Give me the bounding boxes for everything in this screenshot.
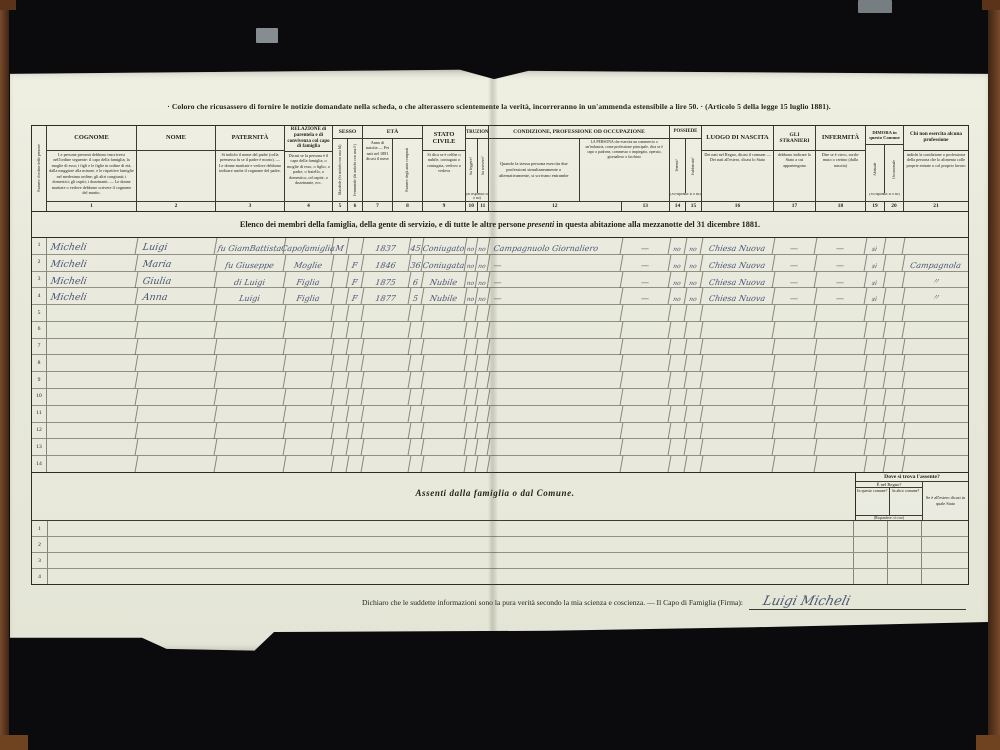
cell-row-number: 3 [32,272,47,288]
cell-nome [136,372,218,388]
cell-infermita: — [815,255,868,271]
sesso-femminile: Femminile (Si indichi con una F) 6 [348,139,362,211]
cell-infermita [815,423,868,439]
assente-questo-comune: In questo comune? [856,488,890,515]
cell-infermita [815,372,868,388]
cell-cognome: Micheli [46,255,139,271]
cell-la-persona [621,372,672,388]
cell-row-number: 1 [32,521,48,536]
cell-stato-civile [422,339,468,355]
cell-la-persona [621,389,672,405]
cell-cognome [46,439,139,455]
cell-la-persona [621,456,672,472]
cell-stranieri [773,339,818,355]
assenti-row: 3 [32,553,968,569]
cell-luogo-nascita [701,355,776,371]
assenti-row-blank [48,553,853,568]
col-number: 13 [622,202,669,211]
cell-chi-non-esercita [903,339,970,355]
cognome-note: Le persone presenti debbono inscriversi … [47,151,136,201]
cell-anno-nascita [362,339,412,355]
cell-anno-nascita: 1875 [362,272,412,288]
col-group-possiede: POSSIEDE Terreni? Fabbricati? (Si rispon… [670,126,702,211]
cell-relazione: Capofamiglia [284,238,335,254]
cell-la-persona [621,355,672,371]
assenti-cell-questo [853,521,887,536]
declaration-text: Dichiaro che le suddette informazioni so… [362,598,743,607]
cell-condizione [488,372,624,388]
cell-condizione [488,339,624,355]
cell-anno-nascita [362,423,412,439]
cell-stranieri [773,305,818,321]
cell-condizione [488,406,624,422]
col-number: 2 [137,201,215,211]
cell-nome [136,439,218,455]
cell-row-number: 8 [32,355,47,371]
sesso-f-note: (Si indichi con una F) [353,144,357,178]
numero-vertical-label: Numero d'ordine delle persone [37,126,41,211]
cell-stranieri: — [773,238,818,254]
cell-row-number: 1 [32,238,47,254]
assenti-row: 4 [32,569,968,584]
sesso-m-label: Maschile [338,181,342,195]
cell-relazione [284,423,335,439]
cell-relazione [284,372,335,388]
cell-condizione: Campagnuolo Giornaliero [488,238,624,254]
nome-title: NOME [137,126,215,151]
cell-paternita [215,355,287,371]
condizione-la-persona: LA PERSONA che esercita un commercio o u… [580,139,670,201]
cell-paternita: fu Giuseppe [215,255,287,271]
col-group-dimora: DIMORA in questo Comune Abituale Occasio… [866,126,904,211]
assenti-row-blank [48,521,853,536]
sesso-m-note: (Si indichi con una M) [338,145,342,180]
cell-luogo-nascita: Chiesa Nuova [701,288,776,304]
cell-anno-nascita [362,406,412,422]
cell-row-number: 9 [32,372,47,388]
cell-la-persona: — [621,255,672,271]
cell-anno-nascita: 1846 [362,255,412,271]
assenti-cell-altro [887,521,921,536]
cell-nome [136,423,218,439]
cell-anno-nascita [362,456,412,472]
cell-relazione [284,305,335,321]
signature-line: Luigi Micheli [749,595,966,610]
cell-paternita [215,456,287,472]
cell-relazione [284,389,335,405]
assenti-cell-estero [921,569,968,584]
col-number: 8 [393,201,422,211]
relazione-note: Dicasi se la persona è il capo della fam… [285,152,332,201]
cell-row-number: 4 [32,288,47,304]
cell-chi-non-esercita: 〃 [903,272,970,288]
scanner-frame-left [0,0,9,750]
infermita-note: Dire se è cieco, sordo-muto o cretino (d… [816,151,865,201]
sa-leggere-label: Sa leggere? [469,139,473,193]
cell-chi-non-esercita [903,238,970,254]
cell-condizione [488,389,624,405]
cell-paternita [215,439,287,455]
col-number: 9 [423,201,465,211]
eta-anni-label: Numero degli anni compiuti [405,139,409,201]
frame-corner [982,0,1000,10]
cell-infermita [815,456,868,472]
col-number: 5 [333,201,347,211]
table-row: 11 [32,406,968,423]
cell-cognome [46,339,139,355]
head-of-family-signature: Luigi Micheli [747,595,851,609]
col-number: 14 [670,202,686,211]
cell-paternita [215,322,287,338]
table-row: 13 [32,439,968,456]
cell-cognome [46,355,139,371]
cell-relazione: Figlia [284,272,335,288]
cell-luogo-nascita [701,372,776,388]
cell-relazione [284,322,335,338]
condizione-c12-note: Quando la stessa persona esercita due pr… [489,139,579,201]
cell-row-number: 5 [32,305,47,321]
col-number: 12 [489,202,622,211]
cell-row-number: 13 [32,439,47,455]
cell-la-persona [621,439,672,455]
cell-condizione [488,355,624,371]
cell-row-number: 2 [32,255,47,271]
cell-stato-civile: Nubile [422,288,468,304]
col-group-condizione: CONDIZIONE, PROFESSIONE OD OCCUPAZIONE Q… [489,126,670,211]
col-luogo-nascita: LUOGO DI NASCITA Dei nati nel Regno, dic… [702,126,774,211]
cell-infermita [815,389,868,405]
elenco-post: in questa abitazione alla mezzanotte del… [556,220,760,229]
sesso-f-label: Femminile [353,179,357,196]
table-row: 2 Micheli Maria fu Giuseppe Moglie F 184… [32,255,968,272]
cell-chi-non-esercita [903,423,970,439]
cell-nome: Anna [136,288,218,304]
col-cognome: COGNOME Le persone presenti debbono insc… [47,126,137,211]
cell-cognome [46,389,139,405]
declaration: Dichiaro che le suddette informazioni so… [362,595,966,610]
cell-relazione [284,456,335,472]
possiede-terreni: Terreni? [670,139,686,193]
elenco-line: Elenco dei membri della famiglia, della … [32,212,968,238]
cell-stato-civile [422,389,468,405]
scanner-clip [858,0,892,13]
cell-infermita [815,322,868,338]
cell-cognome [46,456,139,472]
cell-anno-nascita [362,439,412,455]
sesso-title: SESSO [333,126,362,139]
col-stato-civile: STATO CIVILE Si dica se è celibe o nubil… [423,126,466,211]
cell-relazione [284,355,335,371]
cell-anno-nascita [362,389,412,405]
cell-paternita [215,423,287,439]
cell-infermita [815,355,868,371]
condizione-due-professioni: Quando la stessa persona esercita due pr… [489,139,580,201]
luogo-note: Dei nati nel Regno, dicasi il comune — D… [702,151,773,201]
elenco-presenti: presenti [527,220,554,229]
cell-nome [136,322,218,338]
table-rows: 1 Micheli Luigi fu GiamBattista Capofami… [32,238,968,472]
cell-stato-civile [422,439,468,455]
cell-luogo-nascita: Chiesa Nuova [701,272,776,288]
col-number: 7 [363,201,392,211]
cell-chi-non-esercita: 〃 [903,288,970,304]
assente-box-title: Dove si trova l'assente? [856,473,968,482]
col-number: 10 [466,202,478,211]
cell-row-number: 7 [32,339,47,355]
col-relazione: RELAZIONE di parentela e di convivenza c… [285,126,333,211]
cell-paternita [215,389,287,405]
cell-paternita: Luigi [215,288,287,304]
stranieri-note: debbono indicare lo Stato a cui apparten… [774,151,815,201]
cell-infermita [815,339,868,355]
cell-stato-civile [422,355,468,371]
assenti-cell-estero [921,537,968,552]
cell-stato-civile [422,372,468,388]
cell-stranieri [773,355,818,371]
frame-corner [976,735,1000,750]
cell-chi-non-esercita [903,322,970,338]
scanner-clip [256,28,278,43]
cell-nome [136,389,218,405]
eta-anno-nascita: Anno di nascita — Pei nati nel 1881 dica… [363,139,393,211]
cell-anno-nascita [362,322,412,338]
col-infermita: INFERMITÀ Dire se è cieco, sordo-muto o … [816,126,866,211]
assenti-section: Assenti dalla famiglia o dal Comune. Dov… [32,472,968,520]
cell-row-number: 4 [32,569,48,584]
infermita-title: INFERMITÀ [816,126,865,151]
cell-condizione [488,423,624,439]
cell-cognome: Micheli [46,288,139,304]
col-chi-non-esercita: Chi non esercita alcuna professione indi… [904,126,968,211]
luogo-title: LUOGO DI NASCITA [702,126,773,151]
assenti-row-blank [48,537,853,552]
cell-luogo-nascita: Chiesa Nuova [701,255,776,271]
cell-la-persona [621,339,672,355]
assenti-cell-estero [921,521,968,536]
assente-altro-comune: In altro comune? [890,488,923,515]
cell-la-persona: — [621,272,672,288]
cell-paternita [215,339,287,355]
cell-stato-civile [422,456,468,472]
cell-row-number: 6 [32,322,47,338]
cell-cognome [46,423,139,439]
assenti-row: 2 [32,537,968,553]
cell-infermita [815,439,868,455]
abituale-label: Abituale [873,145,877,193]
cell-luogo-nascita [701,305,776,321]
stato-civile-title: STATO CIVILE [423,126,465,151]
assenti-cell-estero [921,553,968,568]
sesso-maschile: Maschile (Si indichi con una M) 5 [333,139,348,211]
cell-cognome [46,322,139,338]
cell-la-persona [621,423,672,439]
frame-corner [0,0,16,10]
cell-relazione [284,406,335,422]
cell-paternita: di Luigi [215,272,287,288]
cell-la-persona [621,406,672,422]
dimora-title: DIMORA in questo Comune [866,126,903,145]
col-number: 21 [904,201,968,211]
sa-scrivere-label: Sa scrivere? [481,139,485,193]
cell-condizione [488,305,624,321]
cell-luogo-nascita [701,456,776,472]
cell-anno-nascita: 1877 [362,288,412,304]
assenti-rows: 1 2 3 4 [32,520,968,584]
dimora-abituale: Abituale [866,145,885,193]
cell-cognome [46,406,139,422]
cell-condizione [488,456,624,472]
assenti-row: 1 [32,521,968,537]
cell-stato-civile: Coniugata [422,255,468,271]
cell-nome: Maria [136,255,218,271]
paternita-note: Si indichi il nome del padre (colla prem… [216,151,284,201]
cell-stranieri [773,322,818,338]
cell-cognome: Micheli [46,238,139,254]
cognome-title: COGNOME [47,126,136,151]
table-row: 8 [32,355,968,372]
cell-condizione: — [488,288,624,304]
cell-row-number: 10 [32,389,47,405]
cell-chi-non-esercita [903,305,970,321]
cell-la-persona: — [621,238,672,254]
cell-row-number: 3 [32,553,48,568]
cell-stranieri [773,456,818,472]
table-row: 6 [32,322,968,339]
istruzione-note: (Si risponda: sì o no) [466,193,488,201]
cell-la-persona: — [621,288,672,304]
cell-luogo-nascita [701,423,776,439]
cell-stranieri [773,372,818,388]
scanner-frame-right [988,0,1000,750]
cell-la-persona [621,305,672,321]
assente-estero-label: Se è all'estero dicasi in quale Stato [923,482,968,520]
cell-chi-non-esercita [903,355,970,371]
cell-paternita [215,406,287,422]
eta-title: ETÀ [363,126,422,139]
cell-nome [136,355,218,371]
terreni-label: Terreni? [675,139,679,193]
table-row: 7 [32,339,968,356]
cell-row-number: 12 [32,423,47,439]
assenti-cell-altro [887,537,921,552]
cell-stranieri: — [773,272,818,288]
cell-condizione: — [488,272,624,288]
cell-anno-nascita: 1837 [362,238,412,254]
chi-non-title: Chi non esercita alcuna professione [904,126,968,151]
cell-anno-nascita [362,372,412,388]
cell-anno-nascita [362,305,412,321]
possiede-note: (Si risponda: sì o no) [670,193,701,201]
cell-stranieri [773,406,818,422]
frame-corner [0,735,28,750]
occasionale-label: Occasionale [892,145,896,193]
cell-stranieri [773,423,818,439]
table-row: 5 [32,305,968,322]
condizione-title: CONDIZIONE, PROFESSIONE OD OCCUPAZIONE [489,126,669,139]
cell-chi-non-esercita [903,406,970,422]
cell-stato-civile [422,305,468,321]
cell-infermita: — [815,288,868,304]
cell-relazione: Figlia [284,288,335,304]
col-number: 16 [702,201,773,211]
cell-chi-non-esercita [903,389,970,405]
istruzione-sa-leggere: Sa leggere? [466,139,478,193]
cell-infermita [815,305,868,321]
cell-nome: Luigi [136,238,218,254]
table-row: 12 [32,423,968,440]
cell-cognome [46,305,139,321]
assenti-row-blank [48,569,853,584]
nome-note [137,151,215,201]
paternita-title: PATERNITÀ [216,126,284,151]
assente-location-box: Dove si trova l'assente? È nel Regno? In… [855,473,968,520]
cell-stranieri: — [773,288,818,304]
dimora-occasionale: Occasionale [885,145,903,193]
census-table: Numero d'ordine delle persone COGNOME Le… [31,125,969,585]
cell-stato-civile [422,322,468,338]
cell-relazione: Moglie [284,255,335,271]
assenti-cell-altro [887,553,921,568]
cell-stranieri [773,389,818,405]
col-paternita: PATERNITÀ Si indichi il nome del padre (… [216,126,285,211]
cell-infermita: — [815,272,868,288]
table-row: 14 [32,456,968,472]
cell-condizione [488,439,624,455]
col-number: 3 [216,201,284,211]
stranieri-title: GLI STRANIERI [774,126,815,151]
cell-stato-civile: Coniugato [422,238,468,254]
cell-stato-civile [422,423,468,439]
eta-anno-note: Anno di nascita — Pei nati nel 1881 dica… [363,139,392,201]
col-group-eta: ETÀ Anno di nascita — Pei nati nel 1881 … [363,126,423,211]
cell-paternita: fu GiamBattista [215,238,287,254]
cell-anno-nascita [362,355,412,371]
condizione-c13-note: LA PERSONA che esercita un commercio o u… [580,139,670,201]
chi-non-note: indichi la condizione o professione dell… [904,151,968,201]
assenti-cell-questo [853,569,887,584]
cell-luogo-nascita [701,339,776,355]
table-row: 10 [32,389,968,406]
possiede-fabbricati: Fabbricati? [686,139,701,193]
col-number: 19 [866,202,885,211]
cell-luogo-nascita [701,389,776,405]
cell-stranieri: — [773,255,818,271]
cell-cognome: Micheli [46,272,139,288]
cell-nome [136,305,218,321]
cell-luogo-nascita [701,439,776,455]
col-number: 18 [816,201,865,211]
dimora-note: (Si risponda: sì o no) [866,193,903,201]
col-group-istruzione: ISTRUZIONE Sa leggere? Sa scrivere? (Si … [466,126,489,211]
col-numero: Numero d'ordine delle persone [32,126,47,211]
cell-chi-non-esercita [903,456,970,472]
cell-infermita: — [815,238,868,254]
cell-paternita [215,305,287,321]
cell-row-number: 11 [32,406,47,422]
cell-stato-civile [422,406,468,422]
cell-relazione [284,339,335,355]
fabbricati-label: Fabbricati? [691,139,695,193]
cell-paternita [215,372,287,388]
elenco-pre: Elenco dei membri della famiglia, della … [240,220,525,229]
col-number: 17 [774,201,815,211]
col-number: 4 [285,201,332,211]
col-nome: NOME 2 [137,126,216,211]
assenti-cell-questo [853,537,887,552]
cell-chi-non-esercita: Campagnola [903,255,970,271]
assenti-cell-altro [887,569,921,584]
possiede-title: POSSIEDE [670,126,701,139]
